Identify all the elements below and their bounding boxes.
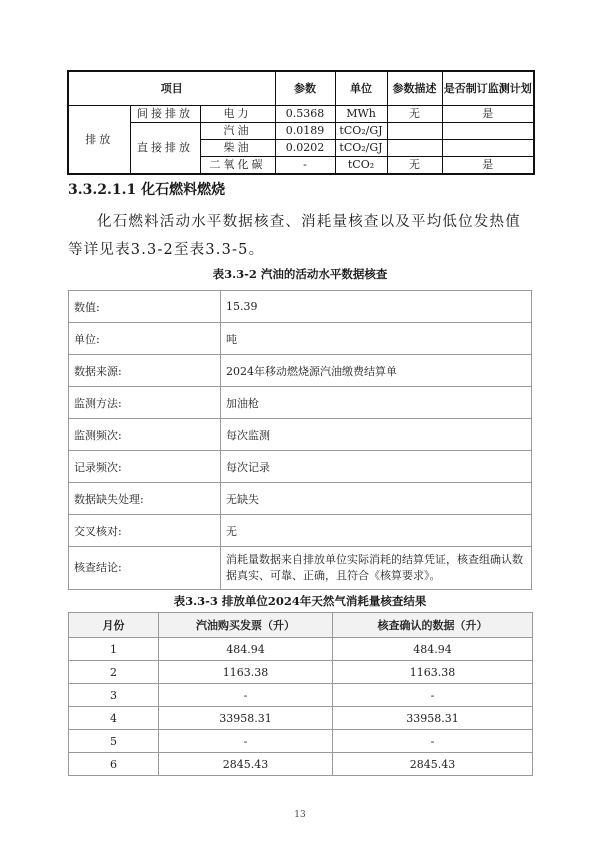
row-key: 监测频次:: [69, 419, 221, 451]
unit-cell: MWh: [335, 106, 387, 123]
desc-cell: 无: [387, 106, 442, 123]
verified-cell: 1163.38: [333, 661, 533, 684]
table-header-row: 月份 汽油购买发票（升） 核查确认的数据（升）: [69, 613, 533, 638]
table-row: 监测频次:每次监测: [69, 419, 532, 451]
month-cell: 4: [69, 707, 159, 730]
invoice-cell: -: [159, 730, 333, 753]
row-key: 核查结论:: [69, 547, 221, 590]
row-value: 每次监测: [221, 419, 532, 451]
row-value: 无: [221, 515, 532, 547]
row-value: 加油枪: [221, 387, 532, 419]
verified-cell: 33958.31: [333, 707, 533, 730]
unit-cell: tCO₂/GJ: [335, 140, 387, 157]
gas-consumption-table: 月份 汽油购买发票（升） 核查确认的数据（升） 1484.94484.94 21…: [68, 612, 533, 776]
table-row: 21163.381163.38: [69, 661, 533, 684]
row-key: 数据缺失处理:: [69, 483, 221, 515]
invoice-cell: -: [159, 684, 333, 707]
gasoline-activity-table: 数值:15.39 单位:吨 数据来源:2024年移动燃烧源汽油缴费结算单 监测方…: [68, 290, 532, 590]
item-cell: 汽油: [200, 123, 275, 140]
verified-cell: -: [333, 684, 533, 707]
plan-cell: [442, 123, 534, 140]
row-key: 数值:: [69, 291, 221, 323]
param-cell: 0.0189: [275, 123, 335, 140]
plan-cell: 是: [442, 157, 534, 175]
row-key: 交叉核对:: [69, 515, 221, 547]
header-invoice: 汽油购买发票（升）: [159, 613, 333, 638]
header-verified: 核查确认的数据（升）: [333, 613, 533, 638]
header-desc: 参数描述: [387, 71, 442, 106]
row-key: 监测方法:: [69, 387, 221, 419]
row-value: 2024年移动燃烧源汽油缴费结算单: [221, 355, 532, 387]
header-unit: 单位: [335, 71, 387, 106]
verified-cell: -: [333, 730, 533, 753]
param-cell: 0.5368: [275, 106, 335, 123]
item-cell: 电力: [200, 106, 275, 123]
page-number: 13: [0, 810, 600, 820]
row-value: 每次记录: [221, 451, 532, 483]
invoice-cell: 484.94: [159, 638, 333, 661]
month-cell: 2: [69, 661, 159, 684]
invoice-cell: 33958.31: [159, 707, 333, 730]
table-row: 数据来源:2024年移动燃烧源汽油缴费结算单: [69, 355, 532, 387]
desc-cell: 无: [387, 157, 442, 175]
item-cell: 二氧化碳: [200, 157, 275, 175]
plan-cell: 是: [442, 106, 534, 123]
row-key: 记录频次:: [69, 451, 221, 483]
category-cell: 间接排放: [130, 106, 200, 123]
verified-cell: 484.94: [333, 638, 533, 661]
table-row: 433958.3133958.31: [69, 707, 533, 730]
table-row: 数据缺失处理:无缺失: [69, 483, 532, 515]
table-row: 5--: [69, 730, 533, 753]
header-plan: 是否制订监测计划: [442, 71, 534, 106]
table-row: 核查结论:消耗量数据来自排放单位实际消耗的结算凭证，核查组确认数据真实、可靠、正…: [69, 547, 532, 590]
row-value: 15.39: [221, 291, 532, 323]
desc-cell: [387, 123, 442, 140]
header-item: 项目: [68, 71, 275, 106]
month-cell: 6: [69, 753, 159, 776]
table-332-caption: 表3.3-2 汽油的活动水平数据核查: [0, 266, 600, 282]
item-cell: 柴油: [200, 140, 275, 157]
month-cell: 5: [69, 730, 159, 753]
table-row: 数值:15.39: [69, 291, 532, 323]
table-row: 记录频次:每次记录: [69, 451, 532, 483]
table-row: 62845.432845.43: [69, 753, 533, 776]
invoice-cell: 2845.43: [159, 753, 333, 776]
table-header-row: 项目 参数 单位 参数描述 是否制订监测计划: [68, 71, 534, 106]
row-key: 数据来源:: [69, 355, 221, 387]
table-row: 监测方法:加油枪: [69, 387, 532, 419]
table-row: 3--: [69, 684, 533, 707]
header-month: 月份: [69, 613, 159, 638]
plan-cell: [442, 140, 534, 157]
row-value: 无缺失: [221, 483, 532, 515]
row-value: 消耗量数据来自排放单位实际消耗的结算凭证，核查组确认数据真实、可靠、正确，且符合…: [221, 547, 532, 590]
desc-cell: [387, 140, 442, 157]
month-cell: 3: [69, 684, 159, 707]
header-param: 参数: [275, 71, 335, 106]
section-heading: 3.3.2.1.1 化石燃料燃烧: [68, 179, 225, 199]
param-cell: -: [275, 157, 335, 175]
param-cell: 0.0202: [275, 140, 335, 157]
row-value: 吨: [221, 323, 532, 355]
table-row: 单位:吨: [69, 323, 532, 355]
table-row: 排放 间接排放 电力 0.5368 MWh 无 是: [68, 106, 534, 123]
row-key: 单位:: [69, 323, 221, 355]
table-row: 直接排放 汽油 0.0189 tCO₂/GJ: [68, 123, 534, 140]
category-cell: 直接排放: [130, 123, 200, 175]
table-row: 交叉核对:无: [69, 515, 532, 547]
section-paragraph: 化石燃料活动水平数据核查、消耗量核查以及平均低位发热值等详见表3.3-2至表3.…: [68, 208, 534, 264]
unit-cell: tCO₂/GJ: [335, 123, 387, 140]
table-row: 1484.94484.94: [69, 638, 533, 661]
unit-cell: tCO₂: [335, 157, 387, 175]
invoice-cell: 1163.38: [159, 661, 333, 684]
verified-cell: 2845.43: [333, 753, 533, 776]
emission-parameters-table: 项目 参数 单位 参数描述 是否制订监测计划 排放 间接排放 电力 0.5368…: [67, 70, 535, 175]
month-cell: 1: [69, 638, 159, 661]
table-333-caption: 表3.3-3 排放单位2024年天然气消耗量核查结果: [0, 593, 600, 609]
group-cell: 排放: [68, 106, 130, 175]
